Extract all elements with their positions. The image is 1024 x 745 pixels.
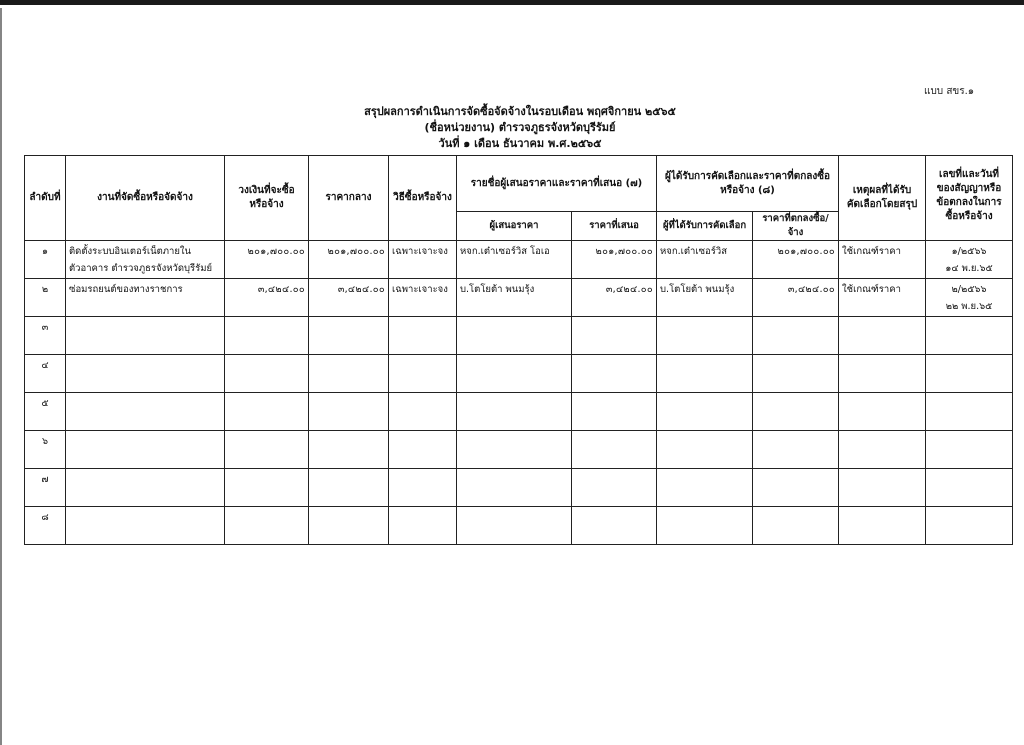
cell-winner (657, 507, 753, 545)
cell-reason (839, 317, 926, 355)
work-text-line: ตัวอาคาร ตำรวจภูธรจังหวัดบุรีรัมย์ (69, 260, 221, 277)
cell-contract (926, 469, 1013, 507)
scan-edge-top (0, 0, 1024, 5)
cell-reason (839, 469, 926, 507)
cell-winner: หจก.เต๋าเซอร์วิส (657, 241, 753, 279)
work-text-line: ซ่อมรถยนต์ของทางราชการ (69, 281, 221, 298)
cell-bid-price: ๒๐๑,๗๐๐.๐๐ (572, 241, 657, 279)
cell-bid-price (572, 355, 657, 393)
cell-seq: ๗ (25, 469, 66, 507)
cell-budget (225, 431, 309, 469)
title-line-2: (ชื่อหน่วยงาน) ตำรวจภูธรจังหวัดบุรีรัมย์ (340, 120, 700, 136)
contract-number: ๑/๒๕๖๖ (929, 243, 1009, 260)
cell-seq: ๑ (25, 241, 66, 279)
col-header-bid-price: ราคาที่เสนอ (572, 212, 657, 241)
header-row-main: ลำดับที่ งานที่จัดซื้อหรือจัดจ้าง วงเงิน… (25, 156, 1013, 212)
cell-winner (657, 469, 753, 507)
table-row: ๑ติดตั้งระบบอินเตอร์เน็ตภายในตัวอาคาร ตำ… (25, 241, 1013, 279)
cell-bid-price (572, 507, 657, 545)
report-title: สรุปผลการดำเนินการจัดซื้อจัดจ้างในรอบเดื… (340, 104, 700, 152)
cell-method: เฉพาะเจาะจง (389, 279, 457, 317)
cell-agreed-price (753, 317, 839, 355)
work-text-line: ติดตั้งระบบอินเตอร์เน็ตภายใน (69, 243, 221, 260)
col-header-bidder: ผู้เสนอราคา (457, 212, 572, 241)
cell-agreed-price (753, 393, 839, 431)
cell-bidder (457, 431, 572, 469)
scan-edge-left (0, 8, 2, 745)
cell-bidder (457, 355, 572, 393)
cell-budget (225, 469, 309, 507)
cell-contract: ๑/๒๕๖๖๑๔ พ.ย.๖๕ (926, 241, 1013, 279)
cell-bid-price (572, 469, 657, 507)
col-header-winner-group: ผู้ได้รับการคัดเลือกและราคาที่ตกลงซื้อ ห… (657, 156, 839, 212)
cell-budget (225, 355, 309, 393)
table-row: ๗ (25, 469, 1013, 507)
col-header-budget: วงเงินที่จะซื้อ หรือจ้าง (225, 156, 309, 241)
cell-winner (657, 317, 753, 355)
col-header-winner: ผู้ที่ได้รับการคัดเลือก (657, 212, 753, 241)
col-header-bidders-group: รายชื่อผู้เสนอราคาและราคาที่เสนอ (๗) (457, 156, 657, 212)
cell-winner (657, 355, 753, 393)
cell-bidder (457, 469, 572, 507)
cell-budget: ๒๐๑,๗๐๐.๐๐ (225, 241, 309, 279)
procurement-summary-table: ลำดับที่ งานที่จัดซื้อหรือจัดจ้าง วงเงิน… (24, 155, 1013, 545)
cell-median-price (309, 507, 389, 545)
cell-median-price (309, 393, 389, 431)
title-line-1: สรุปผลการดำเนินการจัดซื้อจัดจ้างในรอบเดื… (340, 104, 700, 120)
cell-reason (839, 507, 926, 545)
cell-reason (839, 393, 926, 431)
col-header-contract: เลขที่และวันที่ ของสัญญาหรือ ข้อตกลงในกา… (926, 156, 1013, 241)
cell-bidder (457, 393, 572, 431)
cell-reason (839, 431, 926, 469)
cell-method: เฉพาะเจาะจง (389, 241, 457, 279)
cell-method (389, 469, 457, 507)
cell-median-price: ๓,๔๒๔.๐๐ (309, 279, 389, 317)
cell-agreed-price: ๒๐๑,๗๐๐.๐๐ (753, 241, 839, 279)
cell-bidder (457, 317, 572, 355)
cell-reason: ใช้เกณฑ์ราคา (839, 241, 926, 279)
title-line-3: วันที่ ๑ เดือน ธันวาคม พ.ศ.๒๕๖๕ (340, 136, 700, 152)
cell-seq: ๖ (25, 431, 66, 469)
cell-work: ติดตั้งระบบอินเตอร์เน็ตภายในตัวอาคาร ตำร… (66, 241, 225, 279)
table-row: ๖ (25, 431, 1013, 469)
cell-contract (926, 431, 1013, 469)
cell-agreed-price: ๓,๔๒๔.๐๐ (753, 279, 839, 317)
cell-seq: ๕ (25, 393, 66, 431)
cell-median-price (309, 355, 389, 393)
col-header-reason: เหตุผลที่ได้รับ คัดเลือกโดยสรุป (839, 156, 926, 241)
cell-budget (225, 507, 309, 545)
col-header-seq: ลำดับที่ (25, 156, 66, 241)
table-row: ๓ (25, 317, 1013, 355)
cell-bid-price: ๓,๔๒๔.๐๐ (572, 279, 657, 317)
table-row: ๕ (25, 393, 1013, 431)
cell-agreed-price (753, 507, 839, 545)
table-row: ๔ (25, 355, 1013, 393)
cell-method (389, 431, 457, 469)
form-code: แบบ สขร.๑ (924, 84, 974, 99)
cell-agreed-price (753, 469, 839, 507)
col-header-median-price: ราคากลาง (309, 156, 389, 241)
cell-work (66, 431, 225, 469)
cell-agreed-price (753, 431, 839, 469)
cell-agreed-price (753, 355, 839, 393)
cell-contract (926, 317, 1013, 355)
cell-work: ซ่อมรถยนต์ของทางราชการ (66, 279, 225, 317)
cell-bidder: หจก.เต๋าเซอร์วิส โอเอ (457, 241, 572, 279)
cell-contract: ๒/๒๕๖๖๒๒ พ.ย.๖๕ (926, 279, 1013, 317)
cell-median-price (309, 317, 389, 355)
cell-work (66, 469, 225, 507)
cell-method (389, 393, 457, 431)
cell-budget (225, 317, 309, 355)
cell-bidder: บ.โตโยต้า พนมรุ้ง (457, 279, 572, 317)
cell-method (389, 317, 457, 355)
cell-bid-price (572, 431, 657, 469)
cell-bid-price (572, 393, 657, 431)
cell-reason (839, 355, 926, 393)
cell-winner: บ.โตโยต้า พนมรุ้ง (657, 279, 753, 317)
col-header-method: วิธีซื้อหรือจ้าง (389, 156, 457, 241)
cell-work (66, 317, 225, 355)
cell-median-price (309, 469, 389, 507)
cell-seq: ๒ (25, 279, 66, 317)
cell-work (66, 507, 225, 545)
cell-seq: ๘ (25, 507, 66, 545)
table-body: ๑ติดตั้งระบบอินเตอร์เน็ตภายในตัวอาคาร ตำ… (25, 241, 1013, 545)
cell-work (66, 393, 225, 431)
cell-contract (926, 507, 1013, 545)
cell-median-price (309, 431, 389, 469)
cell-bidder (457, 507, 572, 545)
cell-contract (926, 393, 1013, 431)
table-row: ๒ซ่อมรถยนต์ของทางราชการ๓,๔๒๔.๐๐๓,๔๒๔.๐๐เ… (25, 279, 1013, 317)
cell-seq: ๓ (25, 317, 66, 355)
cell-budget (225, 393, 309, 431)
col-header-agreed-price: ราคาที่ตกลงซื้อ/จ้าง (753, 212, 839, 241)
cell-median-price: ๒๐๑,๗๐๐.๐๐ (309, 241, 389, 279)
cell-bid-price (572, 317, 657, 355)
cell-method (389, 355, 457, 393)
cell-method (389, 507, 457, 545)
table-row: ๘ (25, 507, 1013, 545)
cell-winner (657, 393, 753, 431)
cell-winner (657, 431, 753, 469)
cell-work (66, 355, 225, 393)
contract-number: ๒/๒๕๖๖ (929, 281, 1009, 298)
contract-date: ๒๒ พ.ย.๖๕ (929, 298, 1009, 315)
col-header-work: งานที่จัดซื้อหรือจัดจ้าง (66, 156, 225, 241)
cell-contract (926, 355, 1013, 393)
contract-date: ๑๔ พ.ย.๖๕ (929, 260, 1009, 277)
cell-seq: ๔ (25, 355, 66, 393)
cell-reason: ใช้เกณฑ์ราคา (839, 279, 926, 317)
cell-budget: ๓,๔๒๔.๐๐ (225, 279, 309, 317)
